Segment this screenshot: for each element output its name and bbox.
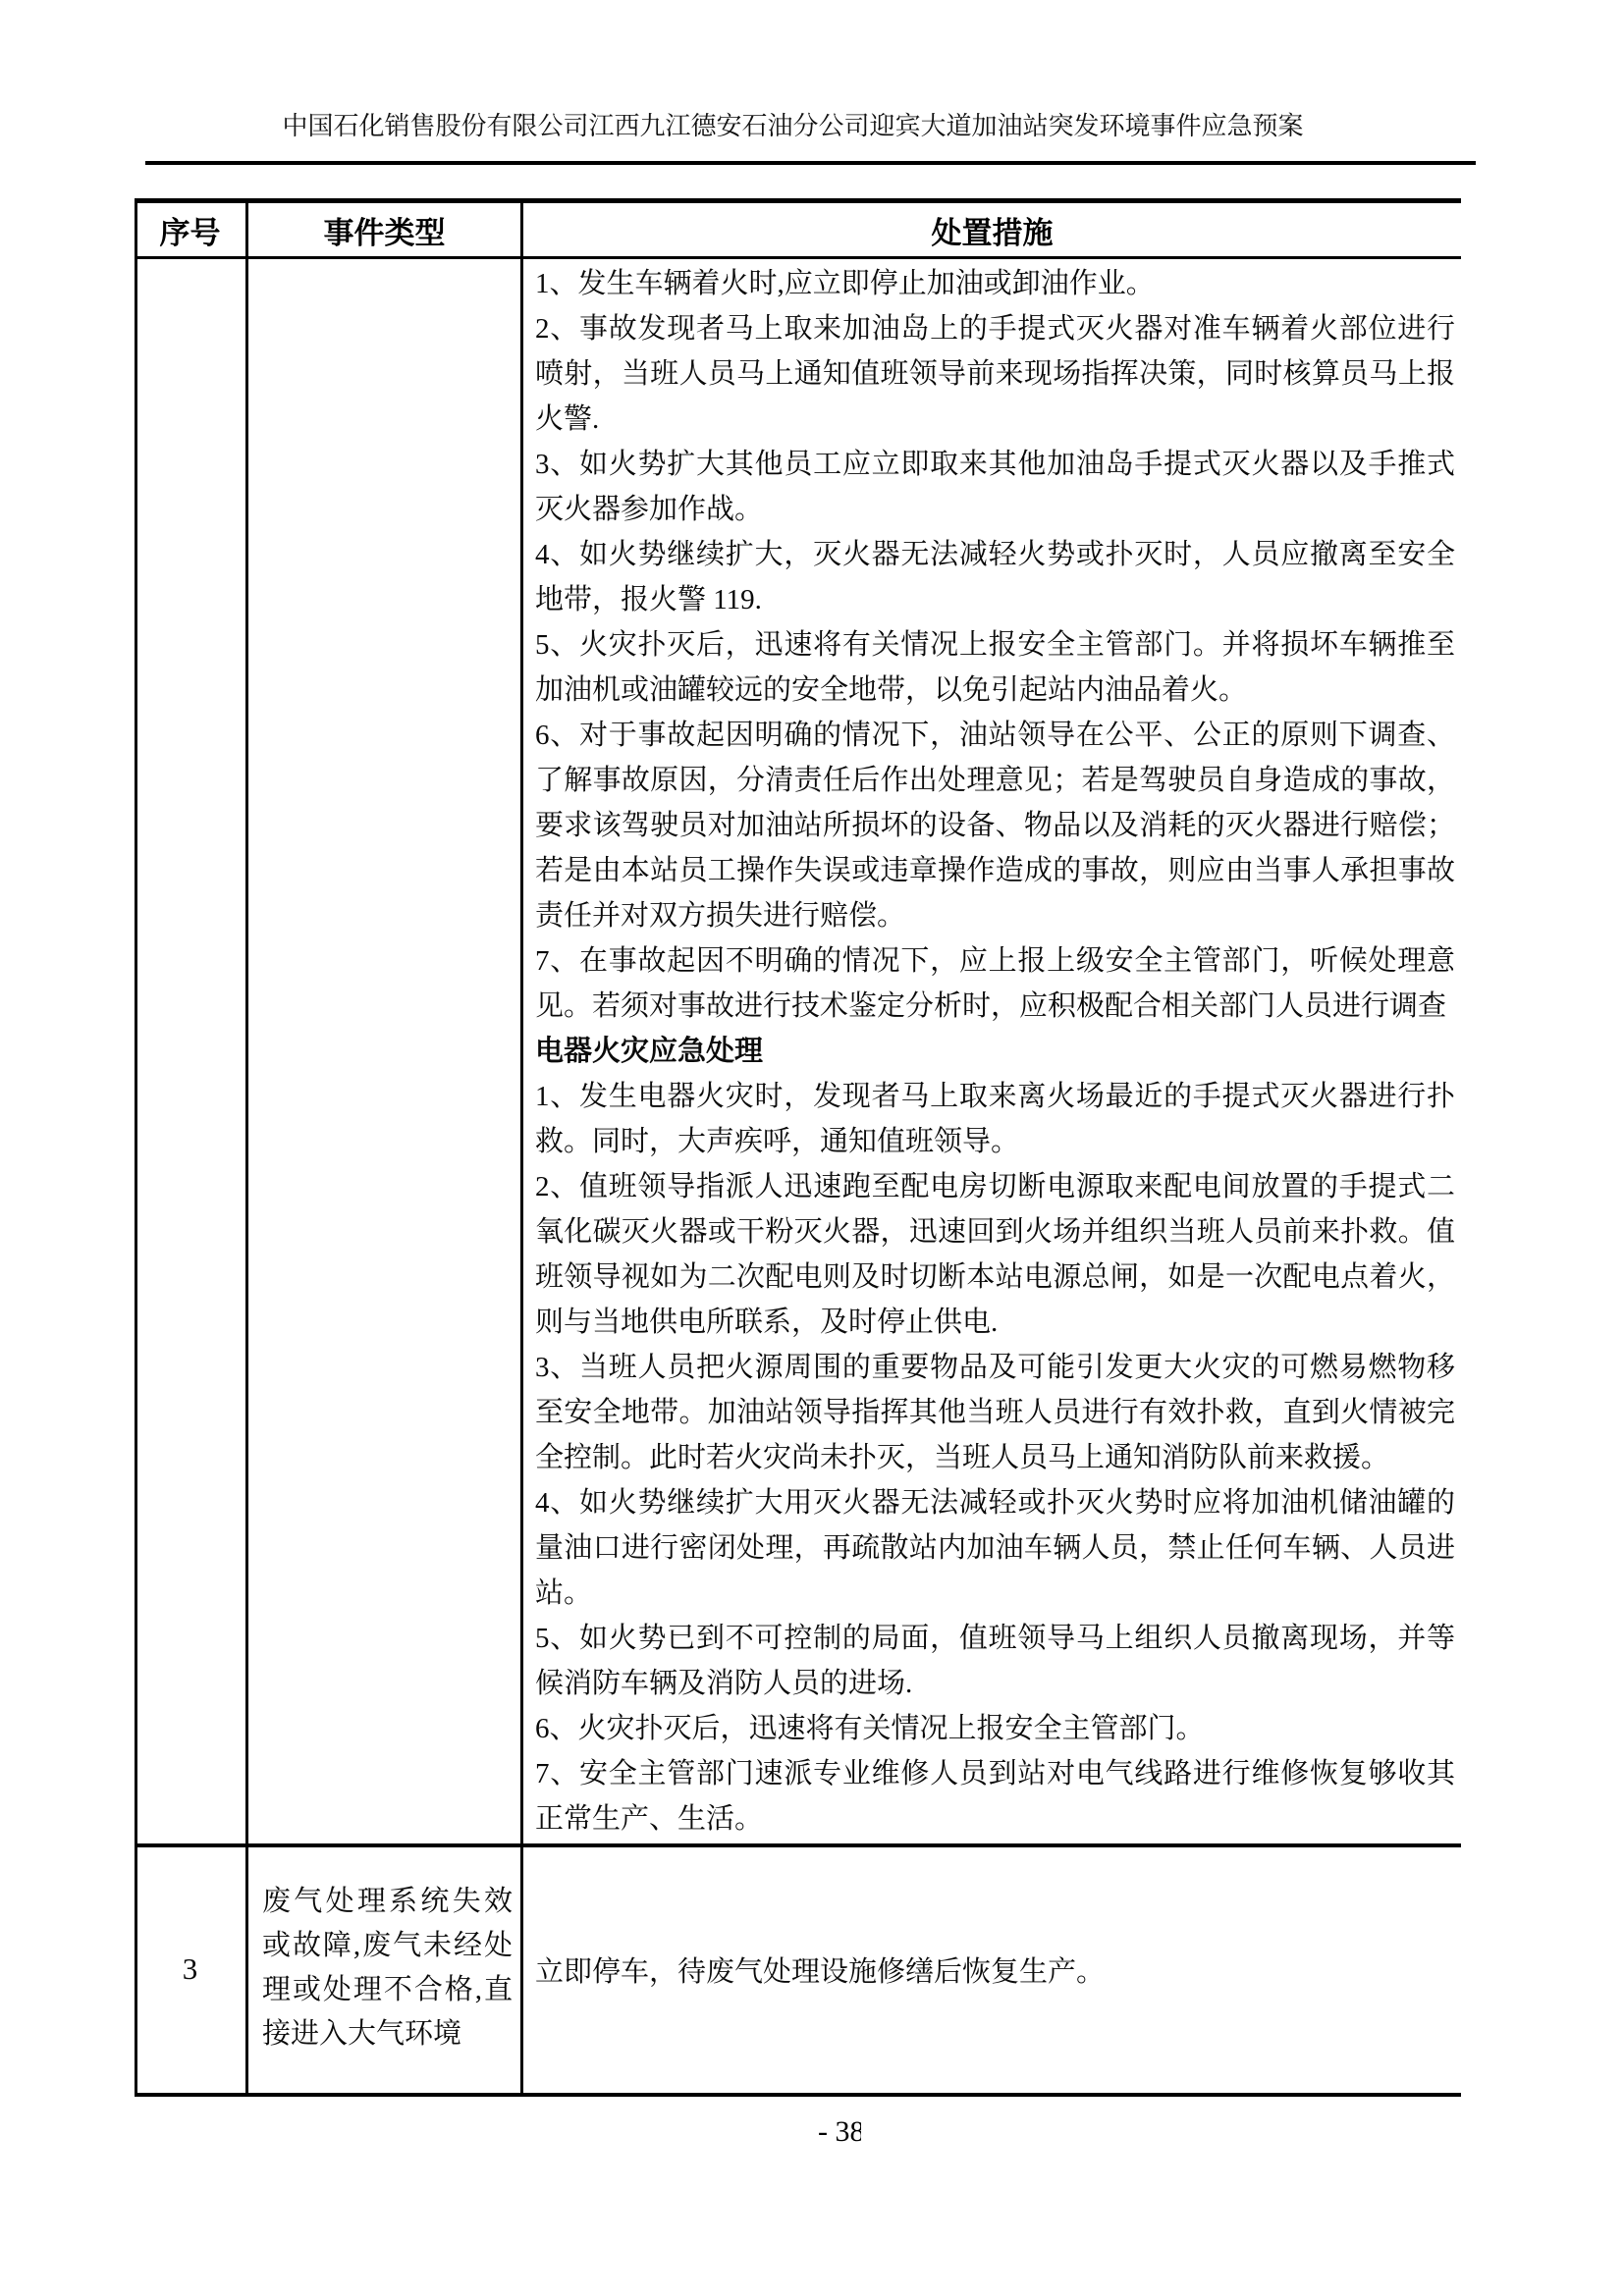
text-line: 1、发生车辆着火时,应立即停止加油或卸油作业。: [535, 261, 1455, 306]
table-bottom-border: [135, 2093, 1461, 2097]
column-header-type: 事件类型: [248, 203, 520, 256]
text-line: 氧化碳灭火器或干粉灭火器，迅速回到火场并组织当班人员前来扑救。值: [535, 1209, 1455, 1255]
text-line: 全控制。此时若火灾尚未扑灭，当班人员马上通知消防队前来救援。: [535, 1435, 1455, 1480]
row3-event-type-cell: 废气处理系统失效或故障,废气未经处理或处理不合格,直接进入大气环境: [248, 1847, 520, 2091]
text-line: 4、如火势继续扩大用灭火器无法减轻或扑灭火势时应将加油机储油罐的: [535, 1480, 1455, 1525]
text-line: 5、如火势已到不可控制的局面，值班领导马上组织人员撤离现场，并等: [535, 1616, 1455, 1661]
column-header-measures: 处置措施: [523, 203, 1461, 256]
column-header-seq: 序号: [135, 203, 245, 256]
document-page: { "page_header": { "title": "中国石化销售股份有限公…: [0, 0, 1624, 2296]
text-line: 6、火灾扑灭后，迅速将有关情况上报安全主管部门。: [535, 1706, 1455, 1751]
text-line: 废气处理系统失效: [262, 1880, 513, 1924]
row3-measures-cell: 立即停车，待废气处理设施修缮后恢复生产。: [523, 1847, 1461, 2091]
text-line: 正常生产、生活。: [535, 1796, 1455, 1842]
text-line: 7、在事故起因不明确的情况下，应上报上级安全主管部门，听候处理意: [535, 938, 1455, 984]
text-line: 火警.: [535, 397, 1455, 442]
text-line: 加油机或油罐较远的安全地带，以免引起站内油品着火。: [535, 667, 1455, 713]
text-line: 量油口进行密闭处理，再疏散站内加油车辆人员，禁止任何车辆、人员进: [535, 1525, 1455, 1571]
text-line: 站。: [535, 1571, 1455, 1616]
table-left-border: [135, 198, 137, 2097]
row3-seq-cell: 3: [135, 1847, 245, 2091]
text-line: 班领导视如为二次配电则及时切断本站电源总闸，如是一次配电点着火，: [535, 1255, 1455, 1300]
text-line: 3、当班人员把火源周围的重要物品及可能引发更大火灾的可燃易燃物移: [535, 1345, 1455, 1390]
text-line: 6、对于事故起因明确的情况下，油站领导在公平、公正的原则下调查、: [535, 713, 1455, 758]
text-line: 了解事故原因，分清责任后作出处理意见；若是驾驶员自身造成的事故，: [535, 758, 1455, 803]
text-line: 至安全地带。加油站领导指挥其他当班人员进行有效扑救，直到火情被完: [535, 1390, 1455, 1435]
text-line: 若是由本站员工操作失误或违章操作造成的事故，则应由当事人承担事故: [535, 848, 1455, 893]
text-line: 理或处理不合格,直: [262, 1968, 513, 2012]
page-header-title: 中国石化销售股份有限公司江西九江德安石油分公司迎宾大道加油站突发环境事件应急预案: [110, 106, 1476, 147]
text-line: 候消防车辆及消防人员的进场.: [535, 1661, 1455, 1706]
text-line: 5、火灾扑灭后，迅速将有关情况上报安全主管部门。并将损坏车辆推至: [535, 622, 1455, 667]
text-line: 喷射，当班人员马上通知值班领导前来现场指挥决策，同时核算员马上报: [535, 351, 1455, 397]
text-line: 或故障,废气未经处: [262, 1924, 513, 1968]
text-line: 救。同时，大声疾呼，通知值班领导。: [535, 1119, 1455, 1164]
text-line: 2、值班领导指派人迅速跑至配电房切断电源取来配电间放置的手提式二: [535, 1164, 1455, 1209]
page-header-rule: [145, 161, 1476, 165]
text-line: 1、发生电器火灾时，发现者马上取来离火场最近的手提式灭火器进行扑: [535, 1074, 1455, 1119]
text-line: 接进入大气环境: [262, 2012, 513, 2056]
incident-response-table: 序号 事件类型 处置措施 1、发生车辆着火时,应立即停止加油或卸油作业。2、事故…: [135, 198, 1461, 2097]
section-heading: 电器火灾应急处理: [535, 1029, 1455, 1074]
text-line: 7、安全主管部门速派专业维修人员到站对电气线路进行维修恢复够收其: [535, 1751, 1455, 1796]
text-line: 3、如火势扩大其他员工应立即取来其他加油岛手提式灭火器以及手推式: [535, 442, 1455, 487]
measures-cell-continuation: 1、发生车辆着火时,应立即停止加油或卸油作业。2、事故发现者马上取来加油岛上的手…: [523, 259, 1461, 1843]
text-line: 2、事故发现者马上取来加油岛上的手提式灭火器对准车辆着火部位进行: [535, 306, 1455, 351]
text-line: 地带，报火警 119.: [535, 577, 1455, 622]
text-line: 责任并对双方损失进行赔偿。: [535, 893, 1455, 938]
row3-measures-text: 立即停车，待废气处理设施修缮后恢复生产。: [535, 1949, 1105, 1990]
page-number: - 38: [818, 2112, 861, 2154]
text-line: 则与当地供电所联系，及时停止供电.: [535, 1300, 1455, 1345]
text-line: 4、如火势继续扩大，灭火器无法减轻火势或扑灭时，人员应撤离至安全: [535, 532, 1455, 577]
table-column-divider-1: [245, 198, 248, 2097]
text-line: 见。若须对事故进行技术鉴定分析时，应积极配合相关部门人员进行调查: [535, 984, 1455, 1029]
text-line: 要求该驾驶员对加油站所损坏的设备、物品以及消耗的灭火器进行赔偿；: [535, 803, 1455, 848]
text-line: 灭火器参加作战。: [535, 487, 1455, 532]
